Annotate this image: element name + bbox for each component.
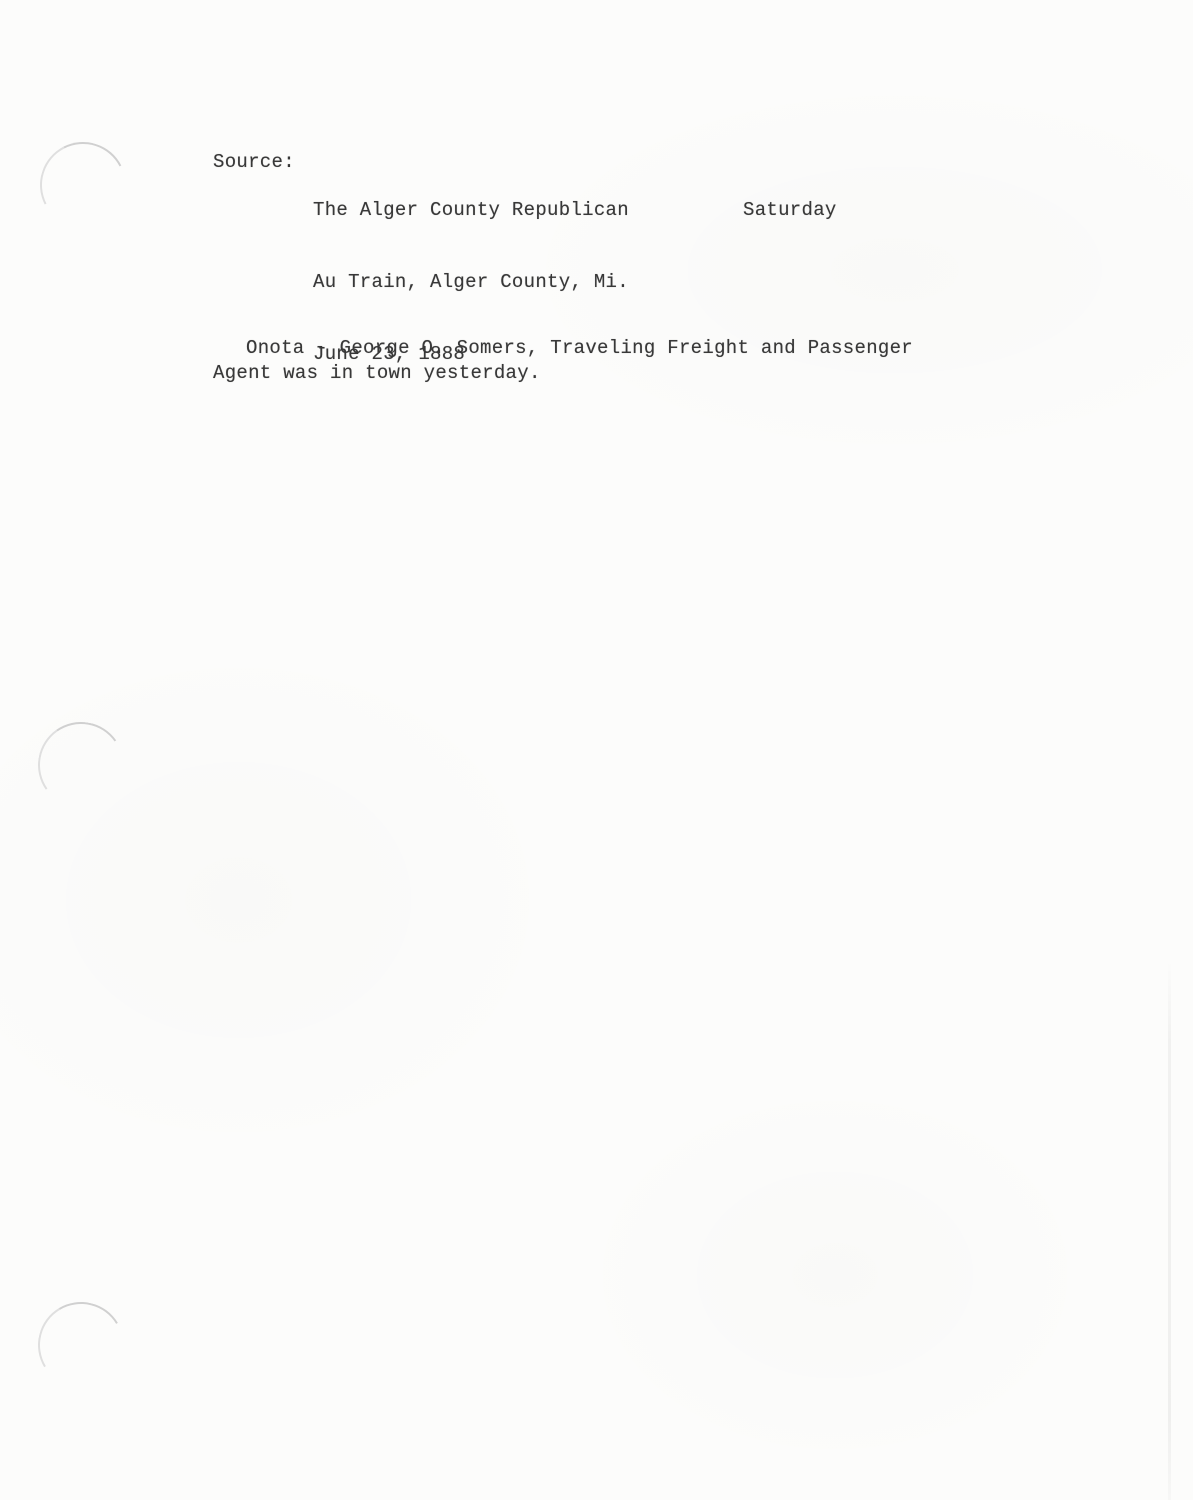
page-edge-shadow bbox=[1168, 960, 1171, 1500]
hole-punch-mark-top bbox=[29, 131, 137, 239]
source-label: Source: bbox=[213, 150, 313, 174]
body-paragraph: Onota - George O. Somers, Traveling Frei… bbox=[213, 336, 983, 386]
hole-punch-mark-middle bbox=[31, 715, 131, 815]
scanned-document-page: Source: The Alger County Republican Au T… bbox=[0, 0, 1193, 1500]
source-line-location: Au Train, Alger County, Mi. bbox=[313, 270, 629, 294]
day-of-week: Saturday bbox=[743, 198, 837, 222]
hole-punch-mark-bottom bbox=[29, 1293, 133, 1397]
source-line-publication: The Alger County Republican bbox=[313, 198, 629, 222]
